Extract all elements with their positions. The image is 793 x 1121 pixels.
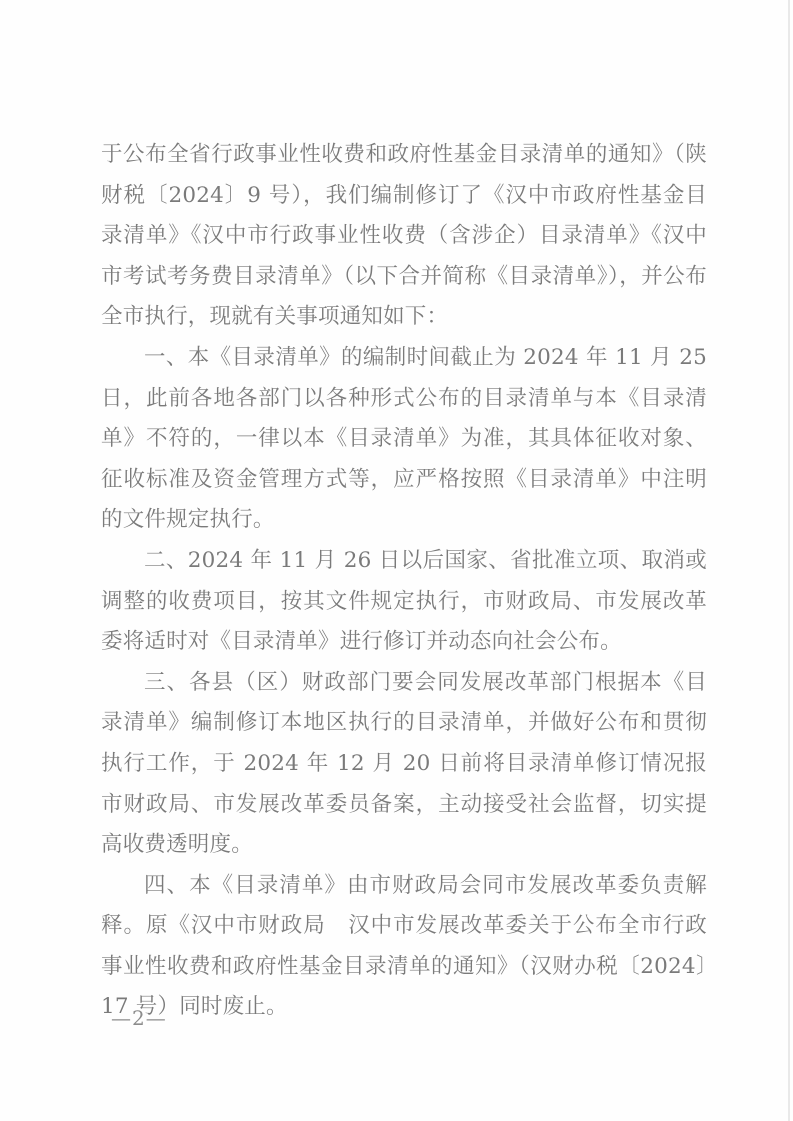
scan-edge-artifact	[788, 0, 790, 1121]
paragraph-item-4: 四、本《目录清单》由市财政局会同市发展改革委负责解释。原《汉中市财政局 汉中市发…	[101, 866, 707, 1028]
paragraph-continuation: 于公布全省行政事业性收费和政府性基金目录清单的通知》（陕财税〔2024〕9 号）…	[101, 135, 707, 338]
page-number: —2—	[111, 1006, 167, 1030]
document-body: 于公布全省行政事业性收费和政府性基金目录清单的通知》（陕财税〔2024〕9 号）…	[101, 135, 707, 1028]
paragraph-item-3: 三、各县（区）财政部门要会同发展改革部门根据本《目录清单》编制修订本地区执行的目…	[101, 663, 707, 866]
document-page: 于公布全省行政事业性收费和政府性基金目录清单的通知》（陕财税〔2024〕9 号）…	[0, 0, 793, 1121]
paragraph-item-2: 二、2024 年 11 月 26 日以后国家、省批准立项、取消或调整的收费项目，…	[101, 541, 707, 663]
paragraph-item-1: 一、本《目录清单》的编制时间截止为 2024 年 11 月 25 日，此前各地各…	[101, 338, 707, 541]
